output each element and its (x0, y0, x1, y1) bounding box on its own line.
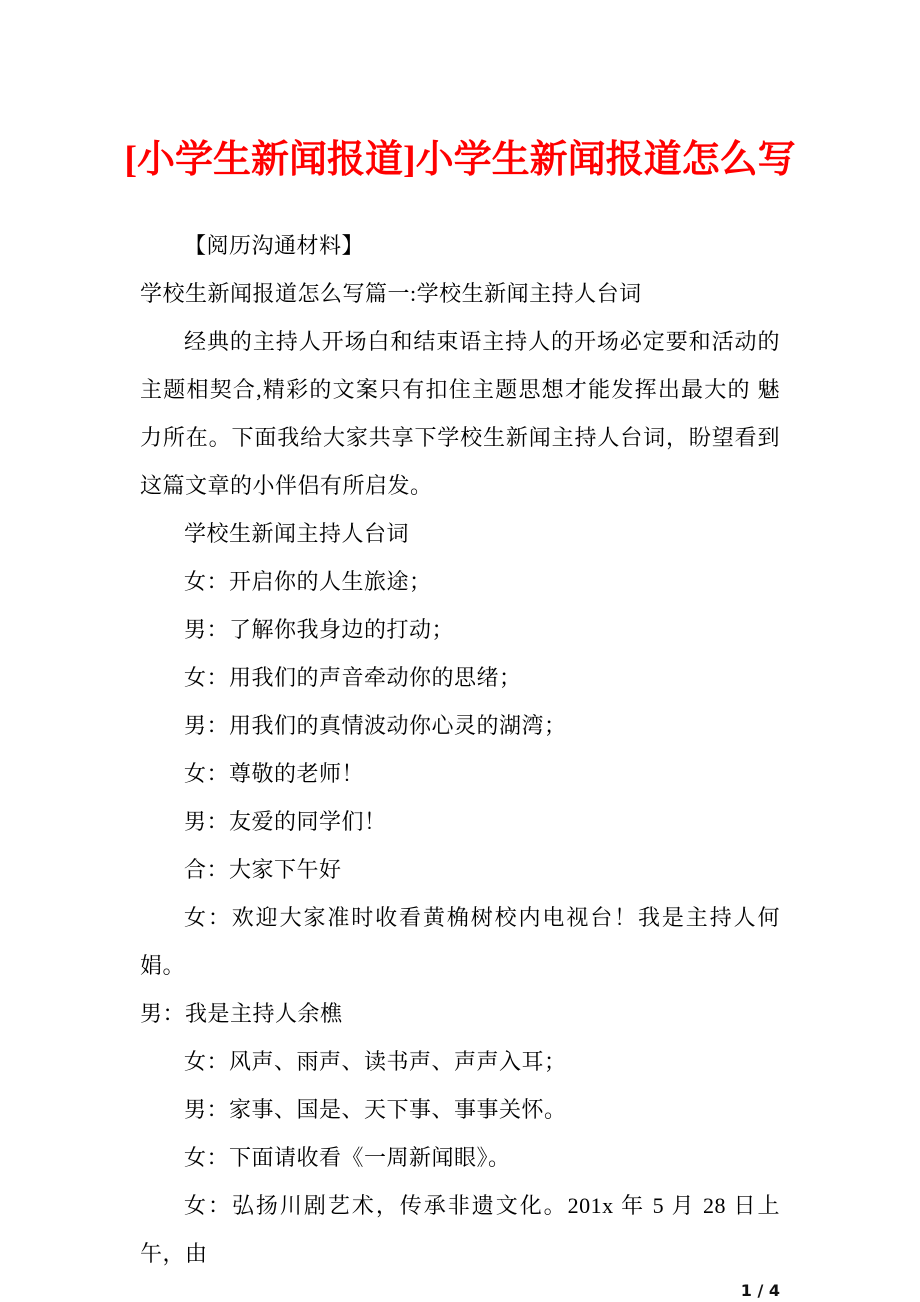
paragraph: 合：大家下午好 (140, 846, 780, 894)
paragraph: 女：弘扬川剧艺术，传承非遗文化。201x 年 5 月 28 日上午，由 (140, 1182, 780, 1278)
page-title: [小学生新闻报道]小学生新闻报道怎么写 (0, 0, 920, 185)
paragraph: 【阅历沟通材料】 (140, 222, 780, 270)
paragraph: 男：家事、国是、天下事、事事关怀。 (140, 1086, 780, 1134)
paragraph: 女：风声、雨声、读书声、声声入耳； (140, 1038, 780, 1086)
paragraph: 经典的主持人开场白和结束语主持人的开场必定要和活动的主题相契合,精彩的文案只有扣… (140, 318, 780, 510)
document-page: [小学生新闻报道]小学生新闻报道怎么写 【阅历沟通材料】学校生新闻报道怎么写篇一… (0, 0, 920, 1302)
paragraph: 女：开启你的人生旅途； (140, 558, 780, 606)
paragraph: 女：尊敬的老师！ (140, 750, 780, 798)
paragraph: 女：下面请收看《一周新闻眼》。 (140, 1134, 780, 1182)
paragraph: 男：友爱的同学们！ (140, 798, 780, 846)
document-body: 【阅历沟通材料】学校生新闻报道怎么写篇一:学校生新闻主持人台词经典的主持人开场白… (0, 222, 920, 1278)
paragraph: 女：用我们的声音牵动你的思绪； (140, 654, 780, 702)
page-number: 1 / 4 (741, 1281, 780, 1300)
paragraph: 学校生新闻主持人台词 (140, 510, 780, 558)
page-footer: 1 / 4 (0, 1280, 920, 1302)
paragraph: 女：欢迎大家准时收看黄桷树校内电视台！我是主持人何娟。 (140, 894, 780, 990)
paragraph: 学校生新闻报道怎么写篇一:学校生新闻主持人台词 (140, 270, 780, 318)
paragraph: 男：我是主持人余樵 (140, 990, 780, 1038)
paragraph: 男：用我们的真情波动你心灵的湖湾； (140, 702, 780, 750)
paragraph: 男：了解你我身边的打动； (140, 606, 780, 654)
